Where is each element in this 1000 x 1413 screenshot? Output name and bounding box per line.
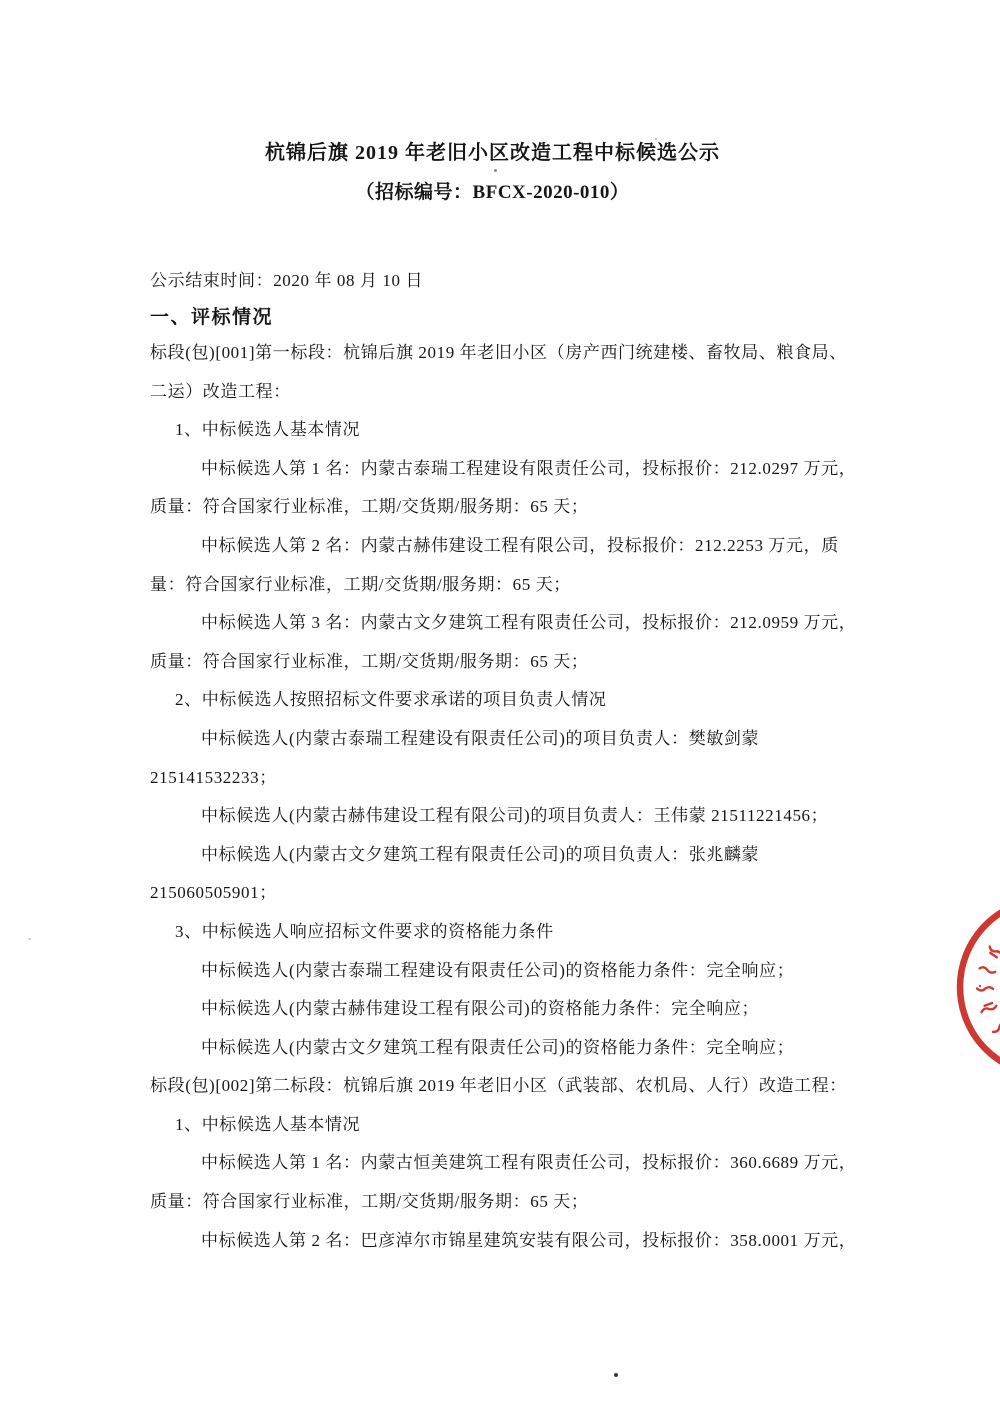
- document-line: 中标候选人(内蒙古文夕建筑工程有限责任公司)的资格能力条件：完全响应；: [150, 1029, 890, 1068]
- document-line: 中标候选人(内蒙古赫伟建设工程有限公司)的项目负责人：王伟蒙 215112214…: [150, 797, 890, 836]
- document-line: 中标候选人第 3 名：内蒙古文夕建筑工程有限责任公司，投标报价：212.0959…: [150, 604, 890, 643]
- document-line: 质量：符合国家行业标准，工期/交货期/服务期：65 天；: [150, 643, 890, 682]
- seal-script-marks: [977, 920, 1000, 1050]
- document-line: 质量：符合国家行业标准，工期/交货期/服务期：65 天；: [150, 488, 890, 527]
- scan-noise-dot: [655, 138, 657, 140]
- document-line: 中标候选人第 2 名：巴彦淖尔市锦星建筑安装有限公司，投标报价：358.0001…: [150, 1222, 890, 1261]
- document-line: 中标候选人(内蒙古泰瑞工程建设有限责任公司)的项目负责人：樊敏剑蒙: [150, 720, 890, 759]
- publicity-end-time: 公示结束时间：2020 年 08 月 10 日: [150, 266, 423, 291]
- document-page: 杭锦后旗 2019 年老旧小区改造工程中标候选公示 （招标编号：BFCX-202…: [0, 0, 1000, 1413]
- document-line: 1、中标候选人基本情况: [150, 411, 890, 450]
- document-line: 中标候选人(内蒙古赫伟建设工程有限公司)的资格能力条件：完全响应；: [150, 990, 890, 1029]
- document-body: 标段(包)[001]第一标段：杭锦后旗 2019 年老旧小区（房产西门统建楼、畜…: [150, 334, 890, 1260]
- document-line: 中标候选人第 2 名：内蒙古赫伟建设工程有限公司，投标报价：212.2253 万…: [150, 527, 890, 566]
- official-seal-stamp-icon: [930, 890, 1000, 1095]
- document-line: 量：符合国家行业标准，工期/交货期/服务期：65 天；: [150, 566, 890, 605]
- scan-noise-dot: [494, 169, 497, 172]
- document-line: 中标候选人(内蒙古文夕建筑工程有限责任公司)的项目负责人：张兆麟蒙: [150, 836, 890, 875]
- document-line: 1、中标候选人基本情况: [150, 1106, 890, 1145]
- document-line: 2、中标候选人按照招标文件要求承诺的项目负责人情况: [150, 681, 890, 720]
- document-line: 二运）改造工程：: [150, 373, 890, 412]
- section-heading-evaluation: 一、评标情况: [150, 302, 273, 329]
- document-line: 标段(包)[001]第一标段：杭锦后旗 2019 年老旧小区（房产西门统建楼、畜…: [150, 334, 890, 373]
- document-line: 3、中标候选人响应招标文件要求的资格能力条件: [150, 913, 890, 952]
- document-title: 杭锦后旗 2019 年老旧小区改造工程中标候选公示: [0, 136, 985, 165]
- document-line: 中标候选人(内蒙古泰瑞工程建设有限责任公司)的资格能力条件：完全响应；: [150, 952, 890, 991]
- document-subtitle: （招标编号：BFCX-2020-010）: [0, 177, 985, 204]
- document-line: 标段(包)[002]第二标段：杭锦后旗 2019 年老旧小区（武装部、农机局、人…: [150, 1067, 890, 1106]
- document-line: 中标候选人第 1 名：内蒙古恒美建筑工程有限责任公司，投标报价：360.6689…: [150, 1144, 890, 1183]
- document-line: 215060505901；: [150, 874, 890, 913]
- scan-noise-dot: [614, 1373, 618, 1377]
- document-line: 中标候选人第 1 名：内蒙古泰瑞工程建设有限责任公司，投标报价：212.0297…: [150, 450, 890, 489]
- document-line: 质量：符合国家行业标准，工期/交货期/服务期：65 天；: [150, 1183, 890, 1222]
- document-line: 215141532233；: [150, 759, 890, 798]
- scan-noise-dot: [28, 938, 31, 940]
